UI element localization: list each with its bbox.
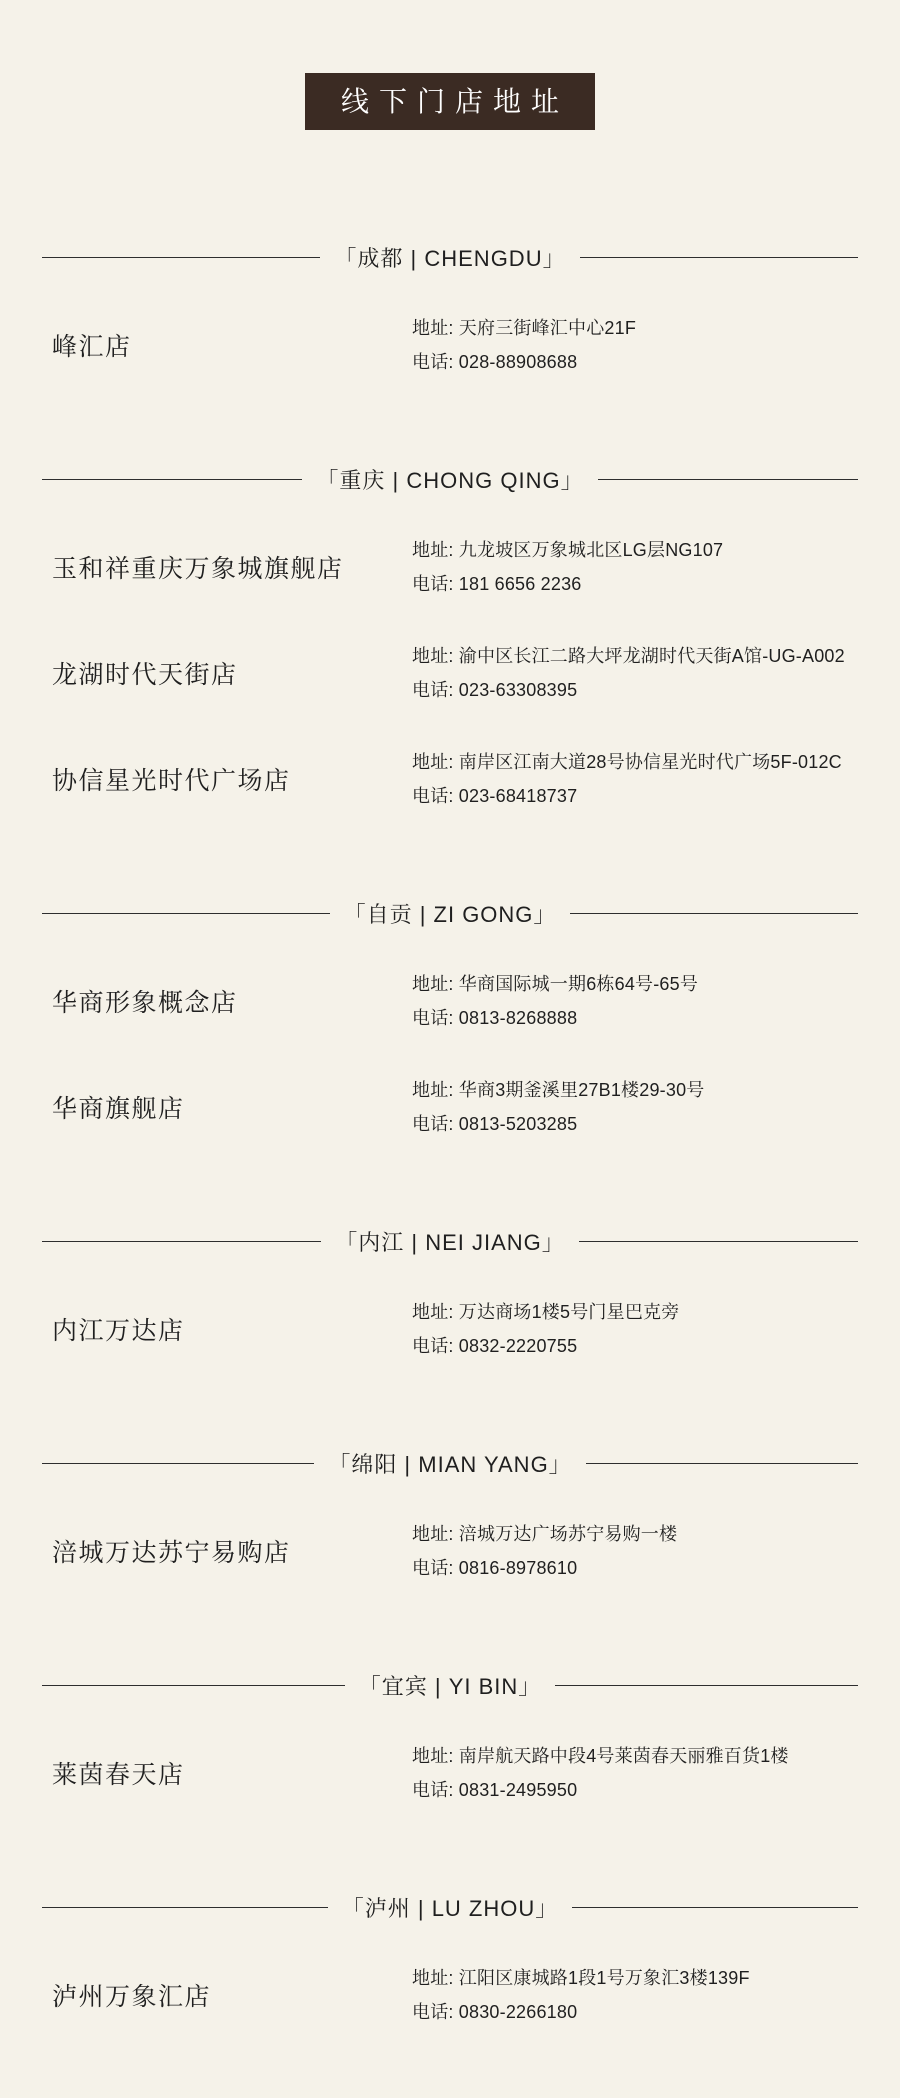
divider-line-left [42, 1907, 328, 1908]
store-name: 华商形象概念店 [52, 983, 412, 1019]
store-address: 地址: 渝中区长江二路大坪龙湖时代天街A馆-UG-A002 [412, 639, 870, 673]
store-row: 华商形象概念店地址: 华商国际城一期6栋64号-65号电话: 0813-8268… [0, 967, 900, 1035]
store-name: 内江万达店 [52, 1311, 412, 1347]
store-phone: 电话: 0832-2220755 [412, 1329, 870, 1363]
store-address: 地址: 南岸区江南大道28号协信星光时代广场5F-012C [412, 745, 870, 779]
store-row: 莱茵春天店地址: 南岸航天路中段4号莱茵春天丽雅百货1楼电话: 0831-249… [0, 1739, 900, 1807]
store-name: 泸州万象汇店 [52, 1977, 412, 2013]
store-phone: 电话: 0813-8268888 [412, 1001, 870, 1035]
divider-line-left [42, 1685, 345, 1686]
store-name: 华商旗舰店 [52, 1089, 412, 1125]
store-name: 协信星光时代广场店 [52, 761, 412, 797]
store-phone: 电话: 0816-8978610 [412, 1551, 870, 1585]
store-phone: 电话: 023-63308395 [412, 673, 870, 707]
store-info: 地址: 南岸区江南大道28号协信星光时代广场5F-012C电话: 023-684… [412, 745, 870, 813]
divider-line-right [570, 913, 858, 914]
store-directory-page: 线下门店地址 「成都 | CHENGDU」峰汇店地址: 天府三街峰汇中心21F电… [0, 0, 900, 2029]
store-row: 协信星光时代广场店地址: 南岸区江南大道28号协信星光时代广场5F-012C电话… [0, 745, 900, 813]
divider-line-right [586, 1463, 858, 1464]
section-header-luzhou: 「泸州 | LU ZHOU」 [42, 1892, 858, 1923]
store-name: 龙湖时代天街店 [52, 655, 412, 691]
divider-line-left [42, 479, 302, 480]
store-row: 华商旗舰店地址: 华商3期釜溪里27B1楼29-30号电话: 0813-5203… [0, 1073, 900, 1141]
divider-line-left [42, 257, 320, 258]
store-address: 地址: 涪城万达广场苏宁易购一楼 [412, 1517, 870, 1551]
store-info: 地址: 万达商场1楼5号门星巴克旁电话: 0832-2220755 [412, 1295, 870, 1363]
store-phone: 电话: 023-68418737 [412, 779, 870, 813]
store-row: 涪城万达苏宁易购店地址: 涪城万达广场苏宁易购一楼电话: 0816-897861… [0, 1517, 900, 1585]
divider-line-right [572, 1907, 858, 1908]
divider-line-right [598, 479, 858, 480]
city-section-title: 「成都 | CHENGDU」 [320, 242, 579, 273]
store-phone: 电话: 181 6656 2236 [412, 567, 870, 601]
divider-line-right [580, 257, 858, 258]
section-header-chongqing: 「重庆 | CHONG QING」 [42, 464, 858, 495]
divider-line-right [555, 1685, 858, 1686]
city-section-title: 「绵阳 | MIAN YANG」 [314, 1448, 585, 1479]
store-address: 地址: 华商3期釜溪里27B1楼29-30号 [412, 1073, 870, 1107]
store-row: 玉和祥重庆万象城旗舰店地址: 九龙坡区万象城北区LG层NG107电话: 181 … [0, 533, 900, 601]
divider-line-left [42, 913, 330, 914]
divider-line-left [42, 1241, 321, 1242]
page-title: 线下门店地址 [305, 73, 595, 130]
city-section-title: 「泸州 | LU ZHOU」 [328, 1892, 573, 1923]
sections-container: 「成都 | CHENGDU」峰汇店地址: 天府三街峰汇中心21F电话: 028-… [0, 242, 900, 2029]
store-address: 地址: 九龙坡区万象城北区LG层NG107 [412, 533, 870, 567]
section-header-mianyang: 「绵阳 | MIAN YANG」 [42, 1448, 858, 1479]
store-info: 地址: 江阳区康城路1段1号万象汇3楼139F电话: 0830-2266180 [412, 1961, 870, 2029]
city-section-mianyang: 「绵阳 | MIAN YANG」涪城万达苏宁易购店地址: 涪城万达广场苏宁易购一… [0, 1448, 900, 1585]
divider-line-right [579, 1241, 858, 1242]
section-header-chengdu: 「成都 | CHENGDU」 [42, 242, 858, 273]
store-phone: 电话: 0813-5203285 [412, 1107, 870, 1141]
city-section-zigong: 「自贡 | ZI GONG」华商形象概念店地址: 华商国际城一期6栋64号-65… [0, 898, 900, 1141]
store-name: 涪城万达苏宁易购店 [52, 1533, 412, 1569]
banner-wrap: 线下门店地址 [0, 0, 900, 130]
store-row: 内江万达店地址: 万达商场1楼5号门星巴克旁电话: 0832-2220755 [0, 1295, 900, 1363]
city-section-title: 「重庆 | CHONG QING」 [302, 464, 597, 495]
store-name: 玉和祥重庆万象城旗舰店 [52, 549, 412, 585]
store-row: 龙湖时代天街店地址: 渝中区长江二路大坪龙湖时代天街A馆-UG-A002电话: … [0, 639, 900, 707]
city-section-title: 「内江 | NEI JIANG」 [321, 1226, 579, 1257]
store-phone: 电话: 0831-2495950 [412, 1773, 870, 1807]
store-info: 地址: 天府三街峰汇中心21F电话: 028-88908688 [412, 311, 870, 379]
city-section-neijiang: 「内江 | NEI JIANG」内江万达店地址: 万达商场1楼5号门星巴克旁电话… [0, 1226, 900, 1363]
store-address: 地址: 华商国际城一期6栋64号-65号 [412, 967, 870, 1001]
store-phone: 电话: 0830-2266180 [412, 1995, 870, 2029]
store-address: 地址: 万达商场1楼5号门星巴克旁 [412, 1295, 870, 1329]
city-section-yibin: 「宜宾 | YI BIN」莱茵春天店地址: 南岸航天路中段4号莱茵春天丽雅百货1… [0, 1670, 900, 1807]
section-header-neijiang: 「内江 | NEI JIANG」 [42, 1226, 858, 1257]
city-section-chengdu: 「成都 | CHENGDU」峰汇店地址: 天府三街峰汇中心21F电话: 028-… [0, 242, 900, 379]
store-info: 地址: 渝中区长江二路大坪龙湖时代天街A馆-UG-A002电话: 023-633… [412, 639, 870, 707]
store-address: 地址: 江阳区康城路1段1号万象汇3楼139F [412, 1961, 870, 1995]
city-section-title: 「自贡 | ZI GONG」 [330, 898, 571, 929]
store-info: 地址: 涪城万达广场苏宁易购一楼电话: 0816-8978610 [412, 1517, 870, 1585]
store-phone: 电话: 028-88908688 [412, 345, 870, 379]
store-name: 莱茵春天店 [52, 1755, 412, 1791]
store-address: 地址: 天府三街峰汇中心21F [412, 311, 870, 345]
divider-line-left [42, 1463, 314, 1464]
store-info: 地址: 华商3期釜溪里27B1楼29-30号电话: 0813-5203285 [412, 1073, 870, 1141]
store-row: 峰汇店地址: 天府三街峰汇中心21F电话: 028-88908688 [0, 311, 900, 379]
section-header-yibin: 「宜宾 | YI BIN」 [42, 1670, 858, 1701]
store-info: 地址: 九龙坡区万象城北区LG层NG107电话: 181 6656 2236 [412, 533, 870, 601]
city-section-chongqing: 「重庆 | CHONG QING」玉和祥重庆万象城旗舰店地址: 九龙坡区万象城北… [0, 464, 900, 813]
store-address: 地址: 南岸航天路中段4号莱茵春天丽雅百货1楼 [412, 1739, 870, 1773]
city-section-luzhou: 「泸州 | LU ZHOU」泸州万象汇店地址: 江阳区康城路1段1号万象汇3楼1… [0, 1892, 900, 2029]
store-name: 峰汇店 [52, 327, 412, 363]
section-header-zigong: 「自贡 | ZI GONG」 [42, 898, 858, 929]
store-info: 地址: 华商国际城一期6栋64号-65号电话: 0813-8268888 [412, 967, 870, 1035]
city-section-title: 「宜宾 | YI BIN」 [345, 1670, 556, 1701]
store-info: 地址: 南岸航天路中段4号莱茵春天丽雅百货1楼电话: 0831-2495950 [412, 1739, 870, 1807]
store-row: 泸州万象汇店地址: 江阳区康城路1段1号万象汇3楼139F电话: 0830-22… [0, 1961, 900, 2029]
